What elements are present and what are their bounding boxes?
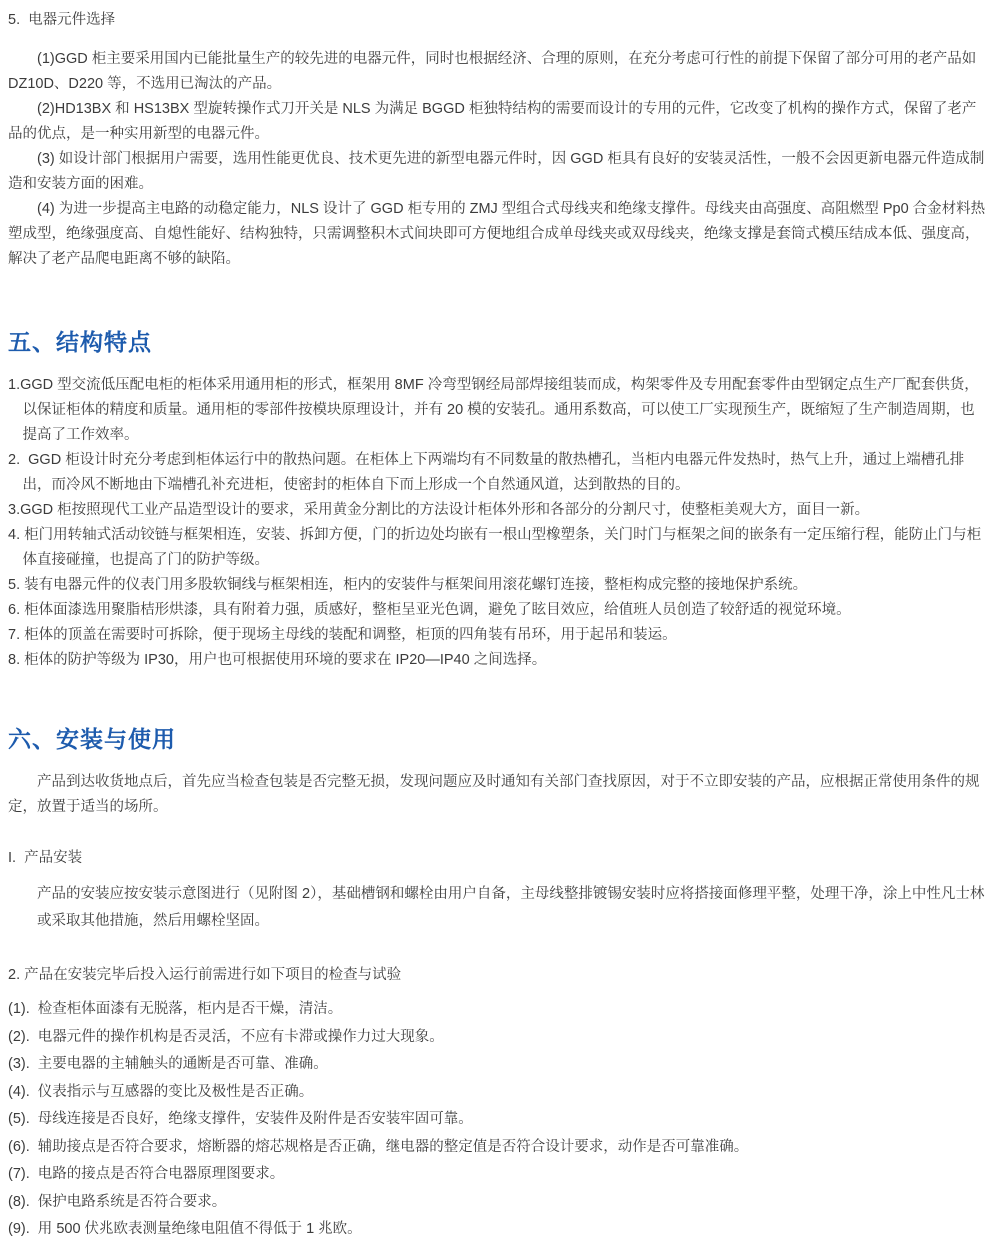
install-check-4: (4). 仪表指示与互感器的变比及极性是否正确。 xyxy=(8,1079,986,1107)
install-check-6: (6). 辅助接点是否符合要求，熔断器的熔芯规格是否正确，继电器的整定值是否符合… xyxy=(8,1134,986,1162)
install-check-5: (5). 母线连接是否良好，绝缘支撑件，安装件及附件是否安装牢固可靠。 xyxy=(8,1106,986,1134)
install-check-3: (3). 主要电器的主辅触头的通断是否可靠、准确。 xyxy=(8,1051,986,1079)
install-section-title: 六、安装与使用 xyxy=(8,723,986,755)
install-check-1: (1). 检查柜体面漆有无脱落，柜内是否干燥，清洁。 xyxy=(8,996,986,1024)
structure-item-2: 2. GGD 柜设计时充分考虑到柜体运行中的散热问题。在柜体上下两端均有不同数量… xyxy=(8,448,986,498)
install-check-7: (7). 电路的接点是否符合电器原理图要求。 xyxy=(8,1161,986,1189)
structure-item-3: 3.GGD 柜按照现代工业产品造型设计的要求，采用黄金分割比的方法设计柜体外形和… xyxy=(8,498,986,523)
install-intro: 产品到达收货地点后，首先应当检查包装是否完整无损，发现问题应及时通知有关部门查找… xyxy=(8,770,986,820)
install-check-9: (9). 用 500 伏兆欧表测量绝缘电阻值不得低于 1 兆欧。 xyxy=(8,1216,986,1244)
section5-paragraph-4: (4) 为进一步提高主电路的动稳定能力，NLS 设计了 GGD 柜专用的 ZMJ… xyxy=(8,197,986,272)
install-check-2: (2). 电器元件的操作机构是否灵活，不应有卡滞或操作力过大现象。 xyxy=(8,1024,986,1052)
install-sub1-body: 产品的安装应按安装示意图进行（见附图 2），基础槽钢和螺栓由用户自备，主母线整排… xyxy=(8,881,986,935)
section5-paragraph-3: (3) 如设计部门根据用户需要，选用性能更优良、技术更先进的新型电器元件时，因 … xyxy=(8,147,986,197)
install-check-8: (8). 保护电路系统是否符合要求。 xyxy=(8,1189,986,1217)
structure-item-7: 7. 柜体的顶盖在需要时可拆除，便于现场主母线的装配和调整，柜顶的四角装有吊环，… xyxy=(8,623,986,648)
document-page: 5. 电器元件选择 (1)GGD 柜主要采用国内已能批量生产的较先进的电器元件，… xyxy=(0,0,996,1258)
structure-item-6: 6. 柜体面漆选用聚脂桔形烘漆，具有附着力强，质感好，整柜呈亚光色调，避免了眩目… xyxy=(8,598,986,623)
structure-item-1: 1.GGD 型交流低压配电柜的柜体采用通用柜的形式，框架用 8MF 冷弯型钢经局… xyxy=(8,373,986,448)
section5-title: 5. 电器元件选择 xyxy=(8,8,986,33)
section5-paragraph-2: (2)HD13BX 和 HS13BX 型旋转操作式刀开关是 NLS 为满足 BG… xyxy=(8,97,986,147)
install-sub2-title: 2. 产品在安装完毕后投入运行前需进行如下项目的检查与试验 xyxy=(8,963,986,988)
structure-item-5: 5. 装有电器元件的仪表门用多股软铜线与框架相连，柜内的安装件与框架间用滚花螺钉… xyxy=(8,573,986,598)
structure-item-8: 8. 柜体的防护等级为 IP30，用户也可根据使用环境的要求在 IP20—IP4… xyxy=(8,648,986,673)
structure-section-title: 五、结构特点 xyxy=(8,326,986,358)
structure-item-4: 4. 柜门用转轴式活动铰链与框架相连，安装、拆卸方便，门的折边处均嵌有一根山型橡… xyxy=(8,523,986,573)
section5-paragraph-1: (1)GGD 柜主要采用国内已能批量生产的较先进的电器元件，同时也根据经济、合理… xyxy=(8,47,986,97)
install-sub1-title: I. 产品安装 xyxy=(8,846,986,871)
